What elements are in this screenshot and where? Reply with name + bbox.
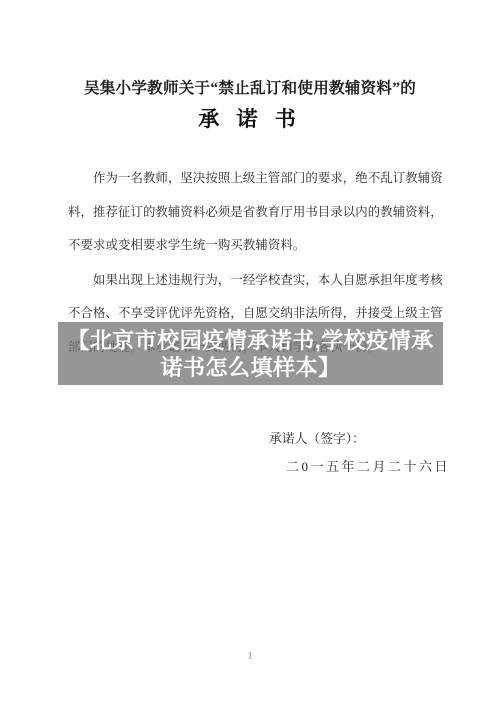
watermark-text-line2: 诺书怎么填样本】 xyxy=(160,354,340,381)
watermark-text-line1: 【北京市校园疫情承诺书,学校疫情承 xyxy=(67,327,434,354)
document-page: 吴集小学教师关于“禁止乱订和使用教辅资料”的 承 诺 书 作为一名教师，坚决按照… xyxy=(0,0,500,707)
body-line-1: 作为一名教师，坚决按照上级主管部门的要求，绝不乱订教辅资 xyxy=(68,168,468,186)
document-title-line1: 吴集小学教师关于“禁止乱订和使用教辅资料”的 xyxy=(0,76,500,98)
document-title-line2: 承 诺 书 xyxy=(0,103,500,133)
signature-date: 二0一五年二月二十六日 xyxy=(286,456,450,475)
watermark-overlay: 【北京市校园疫情承诺书,学校疫情承 诺书怎么填样本】 xyxy=(58,322,443,385)
page-number: 1 xyxy=(0,650,500,662)
body-line-3: 不要求或变相要求学生统一购买教辅资料。 xyxy=(68,235,443,253)
signature-label: 承诺人（签字）： xyxy=(269,428,365,447)
body-line-2: 料，推荐征订的教辅资料必须是省教育厅用书目录以内的教辅资料， xyxy=(68,202,443,220)
body-line-4: 如果出现上述违规行为，一经学校查实，本人自愿承担年度考核 xyxy=(68,270,468,288)
body-line-5: 不合格、不享受评优评先资格，自愿交纳非法所得，并接受上级主管 xyxy=(68,303,443,321)
